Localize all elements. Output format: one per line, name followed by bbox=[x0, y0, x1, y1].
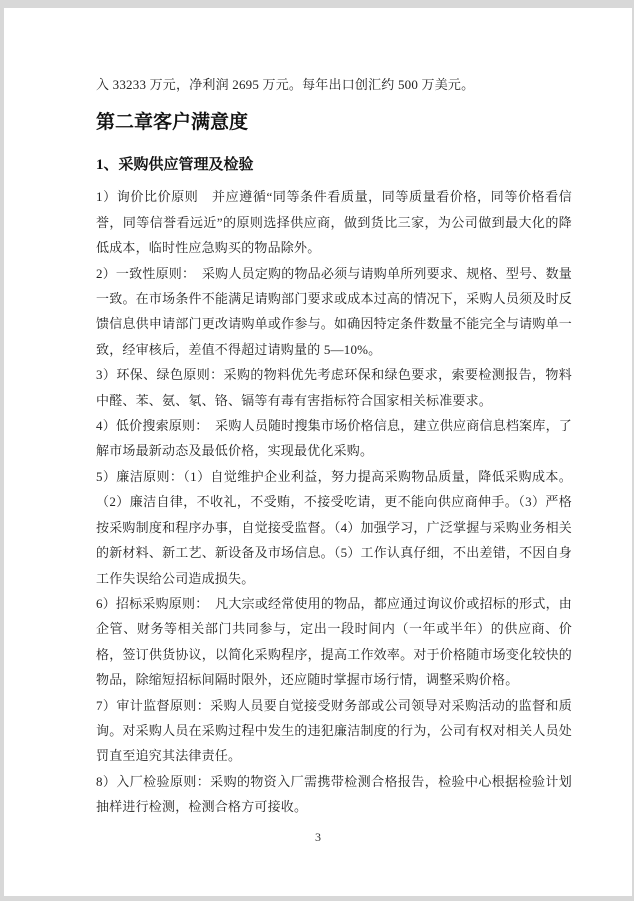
continuation-paragraph: 入 33233 万元，净利润 2695 万元。每年出口创汇约 500 万美元。 bbox=[96, 72, 572, 97]
document-page: 入 33233 万元，净利润 2695 万元。每年出口创汇约 500 万美元。 … bbox=[4, 8, 632, 896]
section-heading: 1、采购供应管理及检验 bbox=[96, 153, 572, 177]
paragraph: 3）环保、绿色原则：采购的物料优先考虑环保和绿色要求，索要检测报告，物料中醛、苯… bbox=[96, 362, 572, 413]
page-content: 入 33233 万元，净利润 2695 万元。每年出口创汇约 500 万美元。 … bbox=[96, 72, 572, 820]
paragraph: 4）低价搜索原则： 采购人员随时搜集市场价格信息，建立供应商信息档案库，了解市场… bbox=[96, 413, 572, 464]
paragraph: 5）廉洁原则：（1）自觉维护企业利益，努力提高采购物品质量，降低采购成本。（2）… bbox=[96, 464, 572, 591]
body-paragraphs: 1）询价比价原则 并应遵循“同等条件看质量，同等质量看价格，同等价格看信誉，同等… bbox=[96, 184, 572, 819]
paragraph: 1）询价比价原则 并应遵循“同等条件看质量，同等质量看价格，同等价格看信誉，同等… bbox=[96, 184, 572, 260]
paragraph: 2）一致性原则： 采购人员定购的物品必须与请购单所列要求、规格、型号、数量一致。… bbox=[96, 261, 572, 363]
paragraph: 6）招标采购原则： 凡大宗或经常使用的物品，都应通过询议价或招标的形式，由企管、… bbox=[96, 591, 572, 693]
paragraph: 8）入厂检验原则：采购的物资入厂需携带检测合格报告，检验中心根据检验计划抽样进行… bbox=[96, 769, 572, 820]
page-number: 3 bbox=[4, 830, 632, 845]
paragraph: 7）审计监督原则：采购人员要自觉接受财务部或公司领导对采购活动的监督和质询。对采… bbox=[96, 693, 572, 769]
chapter-heading: 第二章客户满意度 bbox=[96, 109, 572, 137]
